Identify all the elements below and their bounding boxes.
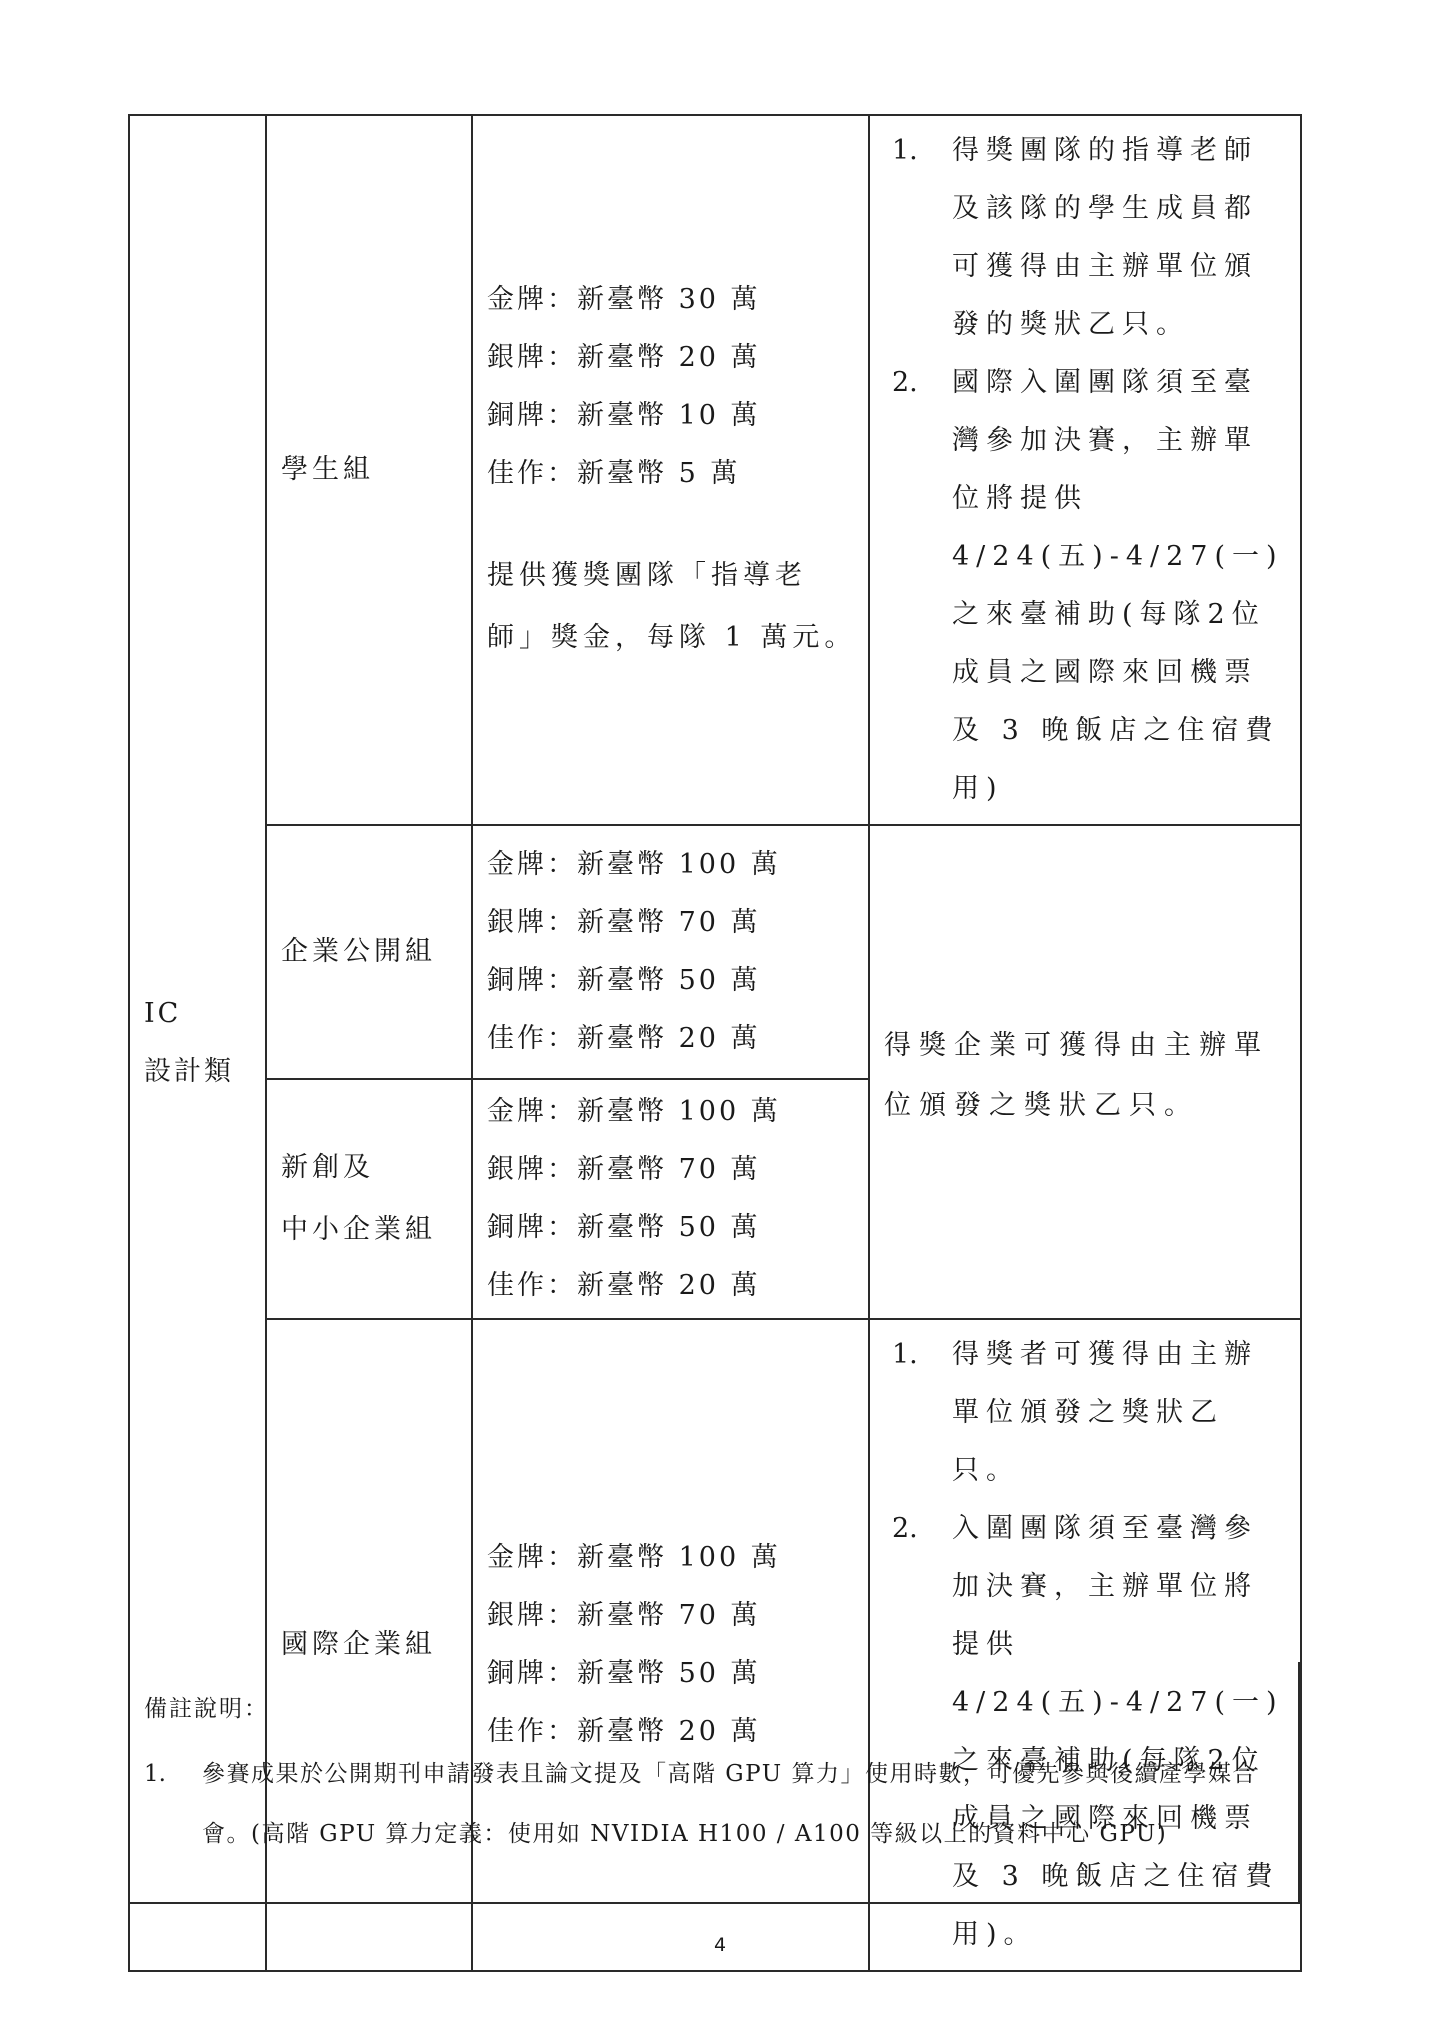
- remarks-title: 備註說明：: [144, 1690, 269, 1723]
- document-page: IC 設計類 學生組 金牌：新臺幣 30 萬 銀牌：新臺幣 20 萬 銅牌：新臺…: [0, 0, 1440, 2037]
- group-name-line1: 新創及: [281, 1137, 471, 1199]
- group-name: 企業公開組: [281, 921, 471, 983]
- remarks-item: 1. 參賽成果於公開期刊申請發表且論文提及「高階 GPU 算力」使用時數，可優先…: [144, 1744, 1286, 1864]
- prize-gold: 金牌：新臺幣 100 萬: [487, 836, 860, 894]
- prize-honorable: 佳作：新臺幣 20 萬: [487, 1010, 860, 1068]
- prize-bronze: 銅牌：新臺幣 50 萬: [487, 952, 860, 1010]
- category-label-line2: 設計類: [144, 1043, 265, 1101]
- prize-honorable: 佳作：新臺幣 5 萬: [487, 445, 860, 503]
- note-number: 2.: [892, 1500, 918, 1558]
- group-name-cell: 學生組: [266, 115, 472, 825]
- prize-cell: 金牌：新臺幣 100 萬 銀牌：新臺幣 70 萬 銅牌：新臺幣 50 萬 佳作：…: [472, 825, 869, 1079]
- group-name-cell: 新創及 中小企業組: [266, 1079, 472, 1319]
- group-name: 學生組: [281, 439, 471, 501]
- remarks-item-text: 參賽成果於公開期刊申請發表且論文提及「高階 GPU 算力」使用時數，可優先參與後…: [202, 1744, 1286, 1864]
- enterprise-note-text: 得獎企業可獲得由主辦單位頒發之獎狀乙只。: [884, 1008, 1286, 1136]
- page-number: 4: [0, 1934, 1440, 1956]
- prize-bronze: 銅牌：新臺幣 10 萬: [487, 387, 860, 445]
- category-label-line1: IC: [144, 985, 265, 1043]
- remarks-item-number: 1.: [144, 1744, 166, 1804]
- prize-silver: 銀牌：新臺幣 20 萬: [487, 329, 860, 387]
- prize-cell: 金牌：新臺幣 30 萬 銀牌：新臺幣 20 萬 銅牌：新臺幣 10 萬 佳作：新…: [472, 115, 869, 825]
- advisor-bonus-text: 提供獲獎團隊「指導老 師」獎金，每隊 1 萬元。: [487, 545, 860, 669]
- note-cell: 1. 得獎團隊的指導老師及該隊的學生成員都可獲得由主辦單位頒發的獎狀乙只。 2.…: [869, 115, 1301, 825]
- note-item: 1. 得獎團隊的指導老師及該隊的學生成員都可獲得由主辦單位頒發的獎狀乙只。: [884, 122, 1286, 354]
- table-row-student: IC 設計類 學生組 金牌：新臺幣 30 萬 銀牌：新臺幣 20 萬 銅牌：新臺…: [129, 115, 1301, 825]
- enterprise-note-cell: 得獎企業可獲得由主辦單位頒發之獎狀乙只。: [869, 825, 1301, 1319]
- table-row-enterprise-open: 企業公開組 金牌：新臺幣 100 萬 銀牌：新臺幣 70 萬 銅牌：新臺幣 50…: [129, 825, 1301, 1079]
- note-text: 得獎團隊的指導老師及該隊的學生成員都可獲得由主辦單位頒發的獎狀乙只。: [952, 135, 1258, 340]
- note-item: 2. 國際入圍團隊須至臺灣參加決賽，主辦單位將提供 4/24(五)-4/27(一…: [884, 354, 1286, 818]
- note-item: 1. 得獎者可獲得由主辦單位頒發之獎狀乙只。: [884, 1326, 1286, 1500]
- prize-silver: 銀牌：新臺幣 70 萬: [487, 1141, 860, 1199]
- note-list: 1. 得獎團隊的指導老師及該隊的學生成員都可獲得由主辦單位頒發的獎狀乙只。 2.…: [884, 122, 1286, 818]
- prize-gold: 金牌：新臺幣 100 萬: [487, 1529, 860, 1587]
- prize-cell: 金牌：新臺幣 100 萬 銀牌：新臺幣 70 萬 銅牌：新臺幣 50 萬 佳作：…: [472, 1079, 869, 1319]
- prize-bronze: 銅牌：新臺幣 50 萬: [487, 1199, 860, 1257]
- advisor-bonus-line2: 師」獎金，每隊 1 萬元。: [487, 607, 860, 669]
- remarks-box: 備註說明： 1. 參賽成果於公開期刊申請發表且論文提及「高階 GPU 算力」使用…: [128, 1662, 1300, 1904]
- group-name-cell: 企業公開組: [266, 825, 472, 1079]
- note-number: 2.: [892, 354, 918, 412]
- note-number: 1.: [892, 1326, 918, 1384]
- prize-silver: 銀牌：新臺幣 70 萬: [487, 1587, 860, 1645]
- note-number: 1.: [892, 122, 918, 180]
- prize-gold: 金牌：新臺幣 30 萬: [487, 271, 860, 329]
- note-text: 國際入圍團隊須至臺灣參加決賽，主辦單位將提供 4/24(五)-4/27(一)之來…: [952, 367, 1284, 804]
- prize-silver: 銀牌：新臺幣 70 萬: [487, 894, 860, 952]
- note-text: 得獎者可獲得由主辦單位頒發之獎狀乙只。: [952, 1339, 1258, 1486]
- advisor-bonus-line1: 提供獲獎團隊「指導老: [487, 545, 860, 607]
- prize-gold: 金牌：新臺幣 100 萬: [487, 1083, 860, 1141]
- group-name-line2: 中小企業組: [281, 1199, 471, 1261]
- prize-honorable: 佳作：新臺幣 20 萬: [487, 1257, 860, 1315]
